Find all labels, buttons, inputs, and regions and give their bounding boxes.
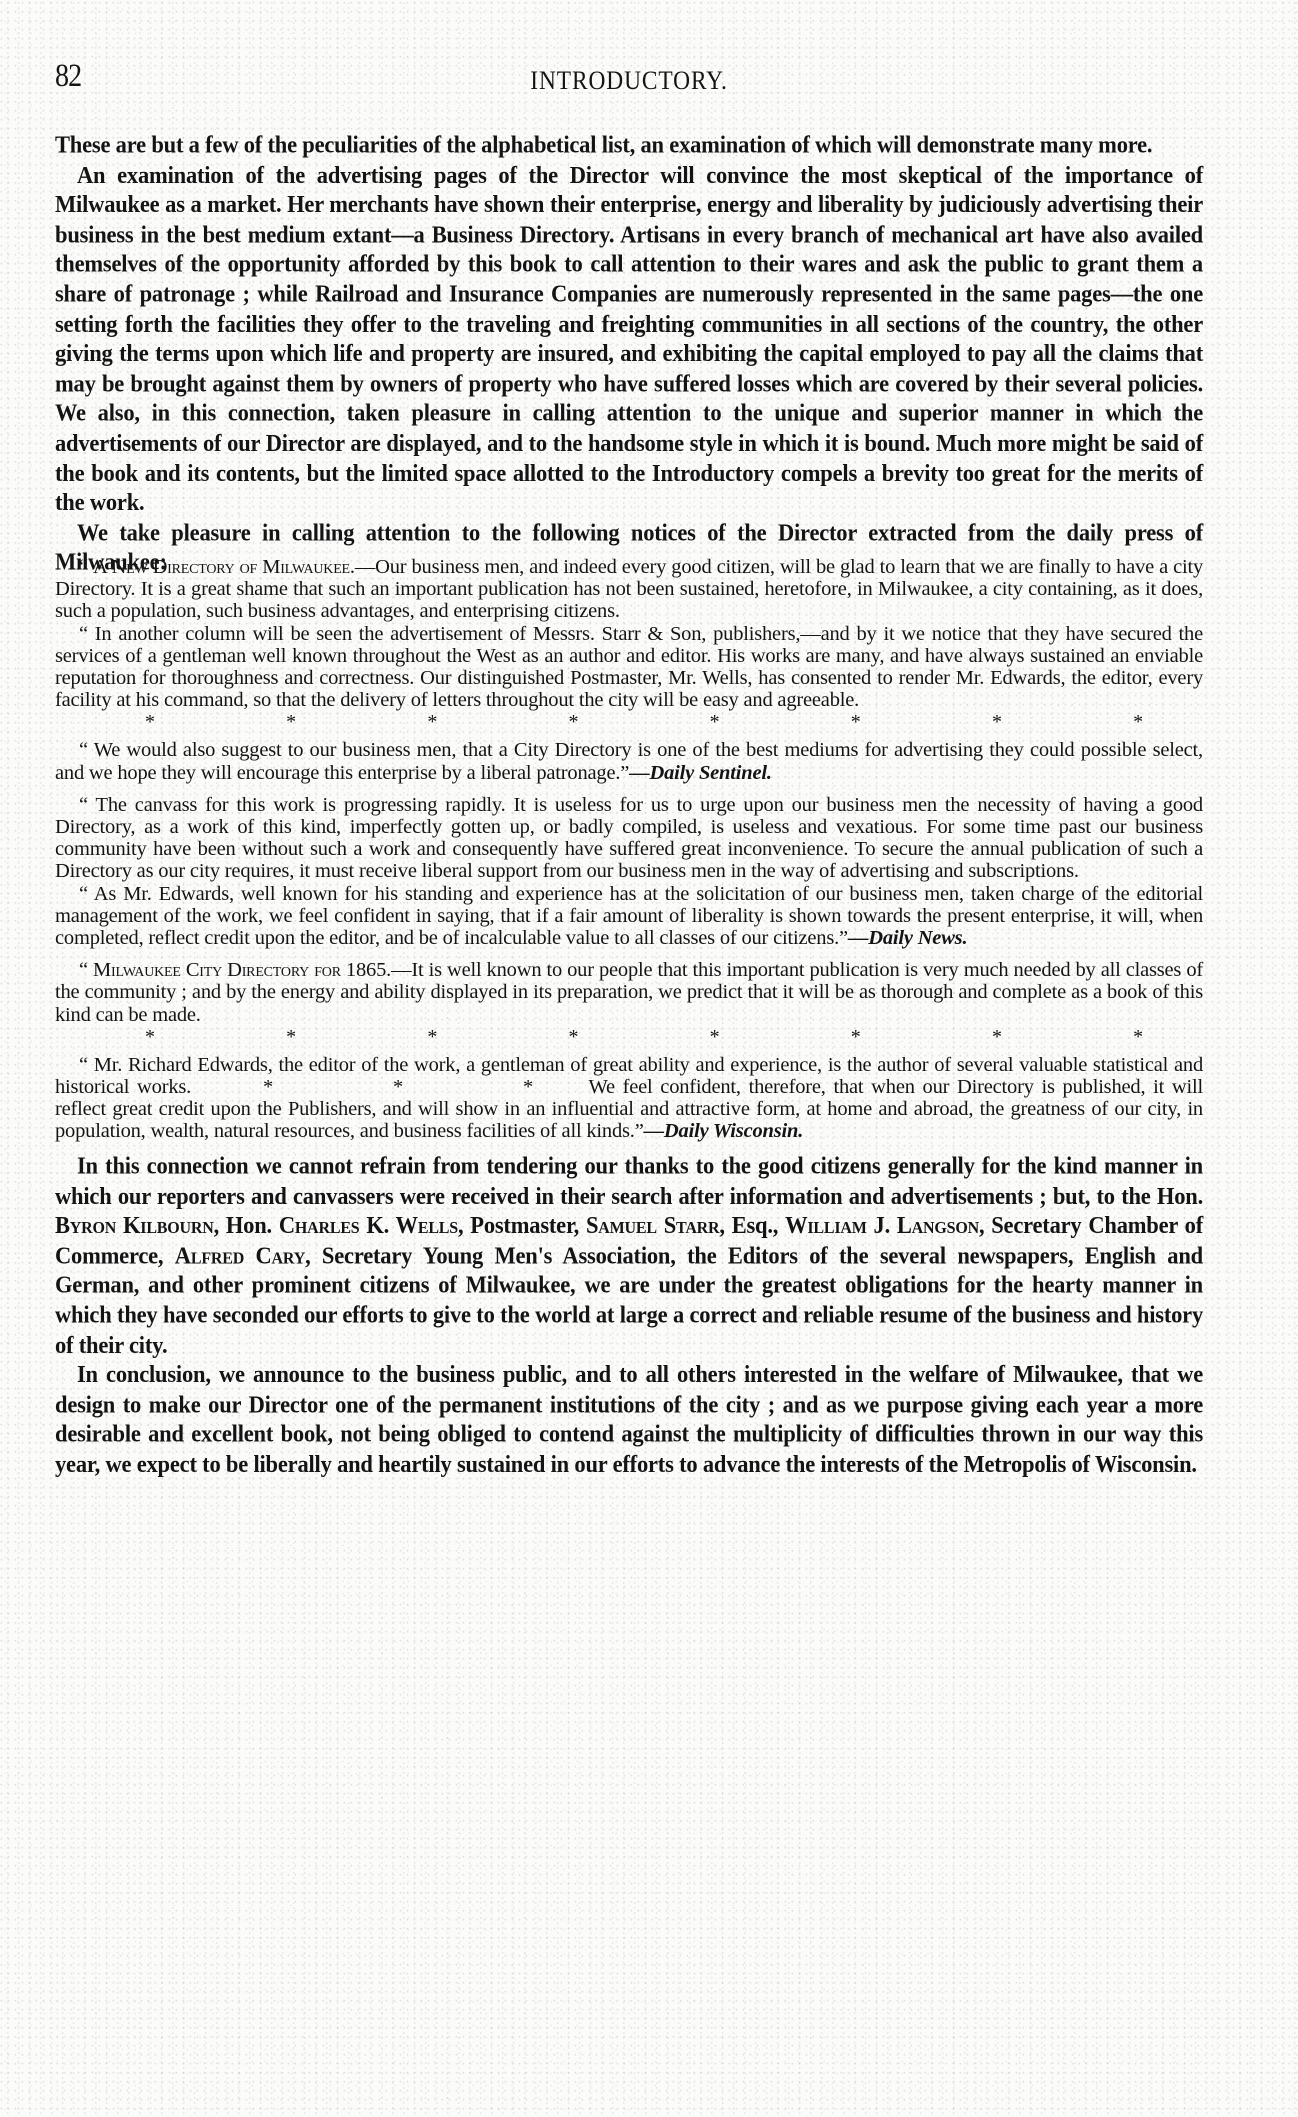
notice-starr-son: “ In another column will be seen the adv… [55, 623, 1203, 712]
ellipsis-stars: ******** [55, 713, 1203, 731]
notice-richard-edwards: “ Mr. Richard Edwards, the editor of the… [55, 1054, 1203, 1143]
paragraph-notices-intro: We take pleasure in calling attention to… [55, 517, 1203, 577]
page-header: 82 INTRODUCTORY. [55, 0, 1203, 130]
person-name: Samuel Starr [586, 1211, 719, 1238]
document-page: 82 INTRODUCTORY. These are but a few of … [55, 0, 1203, 1454]
notice-heading: Milwaukee City Directory for 1865. [93, 959, 391, 981]
notice-city-directory-1865: “ Milwaukee City Directory for 1865.—It … [55, 959, 1203, 1026]
notice-edwards: “ As Mr. Edwards, well known for his sta… [55, 883, 1203, 950]
paragraph-conclusion: In conclusion, we announce to the busine… [55, 1359, 1203, 1478]
source-daily-news: —Daily News. [848, 927, 967, 949]
person-name: Byron Kilbourn [55, 1211, 214, 1238]
paragraph-advertising: An examination of the advertising pages … [55, 160, 1203, 518]
page-number: 82 [55, 58, 81, 95]
source-daily-sentinel: —Daily Sentinel. [629, 762, 772, 784]
ellipsis-stars: ******** [55, 1028, 1203, 1046]
closing-body: In this connection we cannot refrain fro… [55, 1151, 1203, 1479]
person-name: Alfred Cary [175, 1241, 305, 1268]
intro-body: These are but a few of the peculiarities… [55, 130, 1203, 577]
paragraph-peculiarities: These are but a few of the peculiarities… [55, 130, 1203, 160]
running-head: INTRODUCTORY. [112, 66, 1145, 96]
person-name: William J. Langson [785, 1211, 979, 1238]
notice-canvass: “ The canvass for this work is progressi… [55, 794, 1203, 883]
paragraph-thanks: In this connection we cannot refrain fro… [55, 1151, 1203, 1360]
notice-sentinel: “ We would also suggest to our business … [55, 739, 1203, 783]
person-name: Charles K. Wells [279, 1211, 458, 1238]
press-notices: “ A New Directory of Milwaukee.—Our busi… [55, 556, 1203, 1143]
source-daily-wisconsin: —Daily Wisconsin. [644, 1120, 804, 1142]
ellipsis-stars: *** [191, 1076, 581, 1098]
